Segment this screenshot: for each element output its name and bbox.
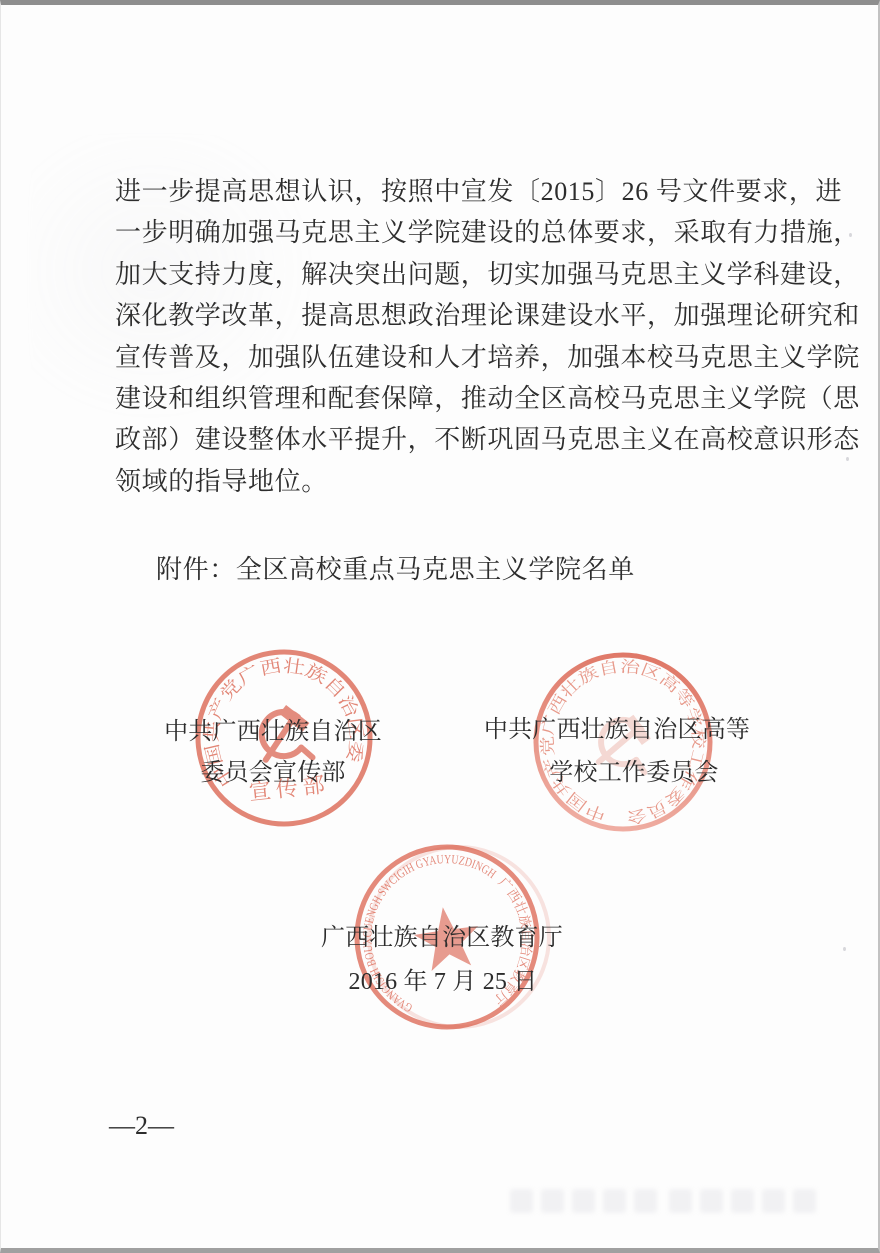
bleedthrough-artifact [506,1183,836,1225]
issuer-org-name: 广西壮族自治区教育厅 [292,921,592,955]
org-name-right-line2: 学校工作委员会 [484,756,784,790]
body-line: 领域的指导地位。 [115,461,781,502]
body-line: 深化教学改革，提高思想政治理论课建设水平，加强理论研究和 [115,295,781,336]
org-name-left-line2: 委员会宣传部 [133,756,413,790]
body-line: 一步明确加强马克思主义学院建设的总体要求，采取有力措施， [115,212,781,253]
scan-speck [849,233,852,237]
org-name-left-line1: 中共广西壮族自治区 [133,715,413,749]
page-number: —2— [109,1111,174,1141]
scan-speck [843,947,846,951]
scan-speck [846,457,849,461]
attachment-line: 附件：全区高校重点马克思主义学院名单 [115,549,781,590]
body-paragraph: 进一步提高思想认识，按照中宣发〔2015〕26 号文件要求，进 一步明确加强马克… [115,171,781,502]
body-line: 建设和组织管理和配套保障，推动全区高校马克思主义学院（思 [115,378,781,419]
body-line: 加大支持力度，解决突出问题，切实加强马克思主义学科建设， [115,254,781,295]
org-name-right-line1: 中共广西壮族自治区高等 [467,713,767,747]
document-page: 进一步提高思想认识，按照中宣发〔2015〕26 号文件要求，进 一步明确加强马克… [0,0,880,1253]
body-line: 宣传普及，加强队伍建设和人才培养，加强本校马克思主义学院 [115,337,781,378]
body-line: 进一步提高思想认识，按照中宣发〔2015〕26 号文件要求，进 [115,171,781,212]
body-line: 政部）建设整体水平提升，不断巩固马克思主义在高校意识形态 [115,419,781,460]
issue-date: 2016 年 7 月 25 日 [293,965,593,999]
